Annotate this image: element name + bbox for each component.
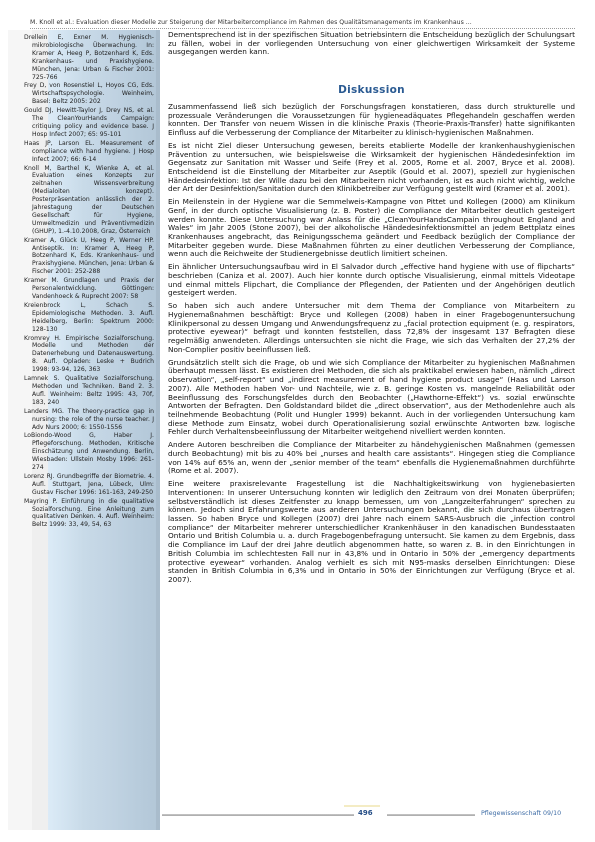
body-paragraph: Andere Autoren beschreiben die Complianc… [168, 441, 575, 476]
reference-item: Kreienbrock L, Schach S. Epidemiologisch… [24, 302, 154, 334]
reference-item: Haas JP, Larson EL. Measurement of compl… [24, 140, 154, 164]
reference-item: Kromrey H. Empirische Sozialforschung. M… [24, 335, 154, 375]
references-list: Drellein E, Exner M. Hygienisch-mikrobio… [24, 34, 154, 530]
reference-item: Gould DJ, Hewitt-Taylor J, Drey NS, et a… [24, 107, 154, 139]
reference-item: Drellein E, Exner M. Hygienisch-mikrobio… [24, 34, 154, 81]
intro-paragraph: Dementsprechend ist in der spezifischen … [168, 31, 575, 57]
reference-item: Frey D, von Rosenstiel L, Hoyos CG, Eds.… [24, 82, 154, 106]
body-paragraph: So haben sich auch andere Untersucher mi… [168, 302, 575, 354]
body-paragraph: Ein ähnlicher Untersuchungsaufbau wird i… [168, 263, 575, 298]
reference-item: LoBiondo-Wood G, Haber J. Pflegeforschun… [24, 432, 154, 472]
body-paragraph: Grundsätzlich stellt sich die Frage, ob … [168, 359, 575, 437]
journal-name: Pflegewissenschaft 09/10 [481, 810, 561, 817]
reference-item: Lamnek S. Qualitative Sozialforschung. M… [24, 375, 154, 407]
page-number: 496 [358, 809, 373, 817]
reference-item: Kramer M. Grundlagen und Praxis der Pers… [24, 277, 154, 301]
reference-item: Landers MG. The theory-practice gap in n… [24, 408, 154, 432]
footer-accent-bar [344, 805, 380, 807]
page-footer: 496 Pflegewissenschaft 09/10 [162, 811, 578, 819]
main-text-column: Dementsprechend ist in der spezifischen … [168, 31, 575, 589]
reference-item: Lorenz RJ. Grundbegriffe der Biometrie. … [24, 473, 154, 497]
running-header: M. Knoll et al.: Evaluation dieser Model… [30, 17, 575, 29]
body-paragraph: Es ist nicht Ziel dieser Untersuchung ge… [168, 142, 575, 194]
footer-rule-right [387, 814, 475, 816]
reference-item: Knoll M, Barthel K, Wienke A, et al. Eva… [24, 165, 154, 236]
reference-item: Mayring P. Einführung in die qualitative… [24, 498, 154, 530]
body-paragraph: Ein Meilenstein in der Hygiene war die S… [168, 198, 575, 259]
body-paragraph: Eine weitere praxisrelevante Fragestellu… [168, 480, 575, 584]
section-heading-diskussion: Diskussion [168, 86, 575, 95]
footer-rule-left [162, 814, 354, 816]
body-paragraph: Zusammenfassend ließ sich bezüglich der … [168, 103, 575, 138]
reference-item: Kramer A, Glück U, Heeg P, Werner HP. An… [24, 237, 154, 277]
